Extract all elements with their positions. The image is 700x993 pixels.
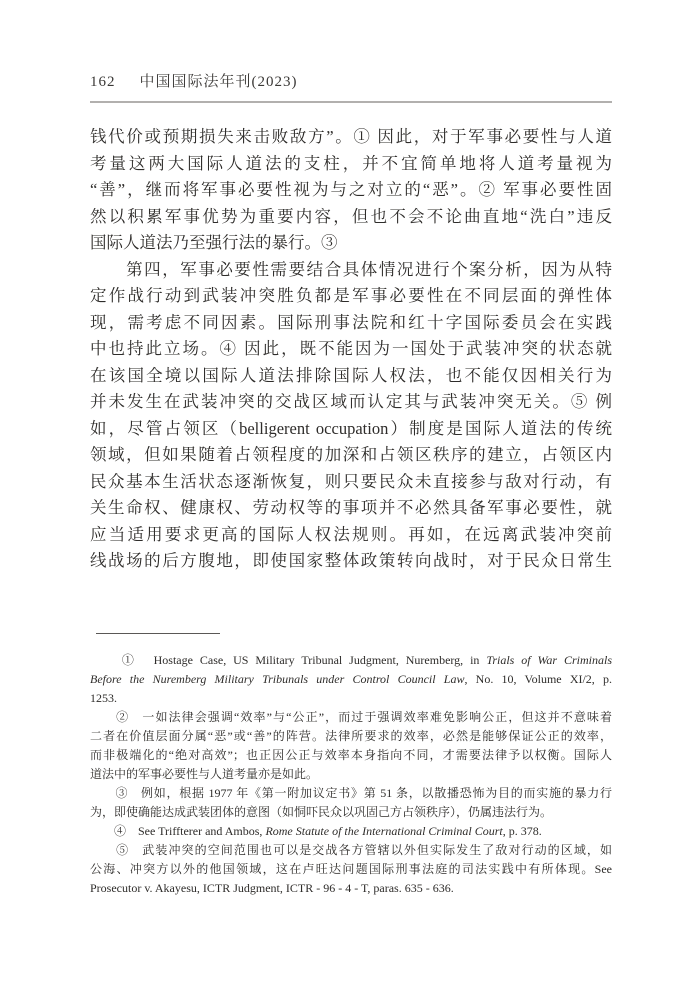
- text-line: 线战场的后方腹地，即使国家整体政策转向战时，对于民众日常生: [90, 548, 612, 575]
- text-line: 国际人道法乃至强行法的暴行。③: [90, 230, 612, 257]
- text-line: 而非极端化的“绝对高效”；也正因公正与效率本身指向不同，才需要法律予以权衡。国际…: [90, 746, 612, 765]
- text-line: 并未发生在武装冲突的交战区域而认定其与武装冲突无关。⑤ 例: [90, 389, 612, 416]
- text-line: 考量这两大国际人道法的支柱，并不宜简单地将人道考量视为: [90, 151, 612, 178]
- page-header: 162中国国际法年刊(2023): [90, 70, 612, 91]
- text-line: 道法中的军事必要性与人道考量亦是如此。: [90, 765, 612, 784]
- footnote-4: ④ See Triffterer and Ambos, Rome Statute…: [90, 822, 612, 841]
- footnote-3: ③ 例如，根据 1977 年《第一附加议定书》第 51 条，以散播恐怖为目的而实…: [90, 784, 612, 822]
- footnote-2: ② 一如法律会强调“效率”与“公正”，而过于强调效率难免影响公正，但这并不意味着…: [90, 708, 612, 784]
- footnote-separator-rule: [96, 633, 220, 634]
- text-line: 应当适用要求更高的国际人权法规则。再如，在远离武装冲突前: [90, 522, 612, 549]
- text-line: “善”，继而将军事必要性视为与之对立的“恶”。② 军事必要性固: [90, 177, 612, 204]
- text-line: 然以积累军事优势为重要内容，但也不会不论曲直地“洗白”违反: [90, 204, 612, 231]
- text-line: Prosecutor v. Akayesu, ICTR Judgment, IC…: [90, 879, 612, 898]
- text-line: 为，即使确能达成武装团体的意图（如恫吓民众以巩固己方占领秩序），仍属违法行为。: [90, 803, 612, 822]
- text-line: 第四，军事必要性需要结合具体情况进行个案分析，因为从特: [90, 257, 612, 284]
- page-number: 162: [90, 74, 116, 91]
- text-line: 现，需考虑不同因素。国际刑事法院和红十字国际委员会在实践: [90, 310, 612, 337]
- text-line: 关生命权、健康权、劳动权等的事项并不必然具备军事必要性，就: [90, 495, 612, 522]
- paragraph-continued: 钱代价或预期损失来击败敌方”。① 因此，对于军事必要性与人道考量这两大国际人道法…: [90, 124, 612, 257]
- text-line: 二者在价值层面分属“恶”或“善”的阵营。法律所要求的效率，必然是能够保证公正的效…: [90, 727, 612, 746]
- text-line: 如，尽管占领区（belligerent occupation）制度是国际人道法的…: [90, 416, 612, 443]
- paragraph-fourth-point: 第四，军事必要性需要结合具体情况进行个案分析，因为从特定作战行动到武装冲突胜负都…: [90, 257, 612, 575]
- text-line: ② 一如法律会强调“效率”与“公正”，而过于强调效率难免影响公正，但这并不意味着: [90, 708, 612, 727]
- footnote-1: ① Hostage Case, US Military Tribunal Jud…: [90, 651, 612, 708]
- text-line: 定作战行动到武装冲突胜负都是军事必要性在不同层面的弹性体: [90, 283, 612, 310]
- text-line: ⑤ 武装冲突的空间范围也可以是交战各方管辖以外但实际发生了敌对行动的区域，如: [90, 841, 612, 860]
- journal-title: 中国国际法年刊(2023): [140, 70, 298, 91]
- body-text: 钱代价或预期损失来击败敌方”。① 因此，对于军事必要性与人道考量这两大国际人道法…: [90, 124, 612, 575]
- header-rule: [90, 101, 612, 103]
- text-line: 在该国全境以国际人道法排除国际人权法，也不能仅因相关行为: [90, 363, 612, 390]
- text-line: ③ 例如，根据 1977 年《第一附加议定书》第 51 条，以散播恐怖为目的而实…: [90, 784, 612, 803]
- text-line: ① Hostage Case, US Military Tribunal Jud…: [90, 651, 612, 670]
- footnote-5: ⑤ 武装冲突的空间范围也可以是交战各方管辖以外但实际发生了敌对行动的区域，如公海…: [90, 841, 612, 898]
- text-line: Before the Nuremberg Military Tribunals …: [90, 670, 612, 689]
- footnotes: ① Hostage Case, US Military Tribunal Jud…: [90, 651, 612, 898]
- document-page: 162中国国际法年刊(2023) 钱代价或预期损失来击败敌方”。① 因此，对于军…: [0, 0, 700, 993]
- text-line: 中也持此立场。④ 因此，既不能因为一国处于武装冲突的状态就: [90, 336, 612, 363]
- text-line: ④ See Triffterer and Ambos, Rome Statute…: [90, 822, 612, 841]
- text-line: 钱代价或预期损失来击败敌方”。① 因此，对于军事必要性与人道: [90, 124, 612, 151]
- text-line: 领域，但如果随着占领程度的加深和占领区秩序的建立，占领区内: [90, 442, 612, 469]
- text-line: 公海、冲突方以外的他国领域，这在卢旺达问题国际刑事法庭的司法实践中有所体现。Se…: [90, 860, 612, 879]
- text-line: 1253.: [90, 689, 612, 708]
- text-line: 民众基本生活状态逐渐恢复，则只要民众未直接参与敌对行动，有: [90, 469, 612, 496]
